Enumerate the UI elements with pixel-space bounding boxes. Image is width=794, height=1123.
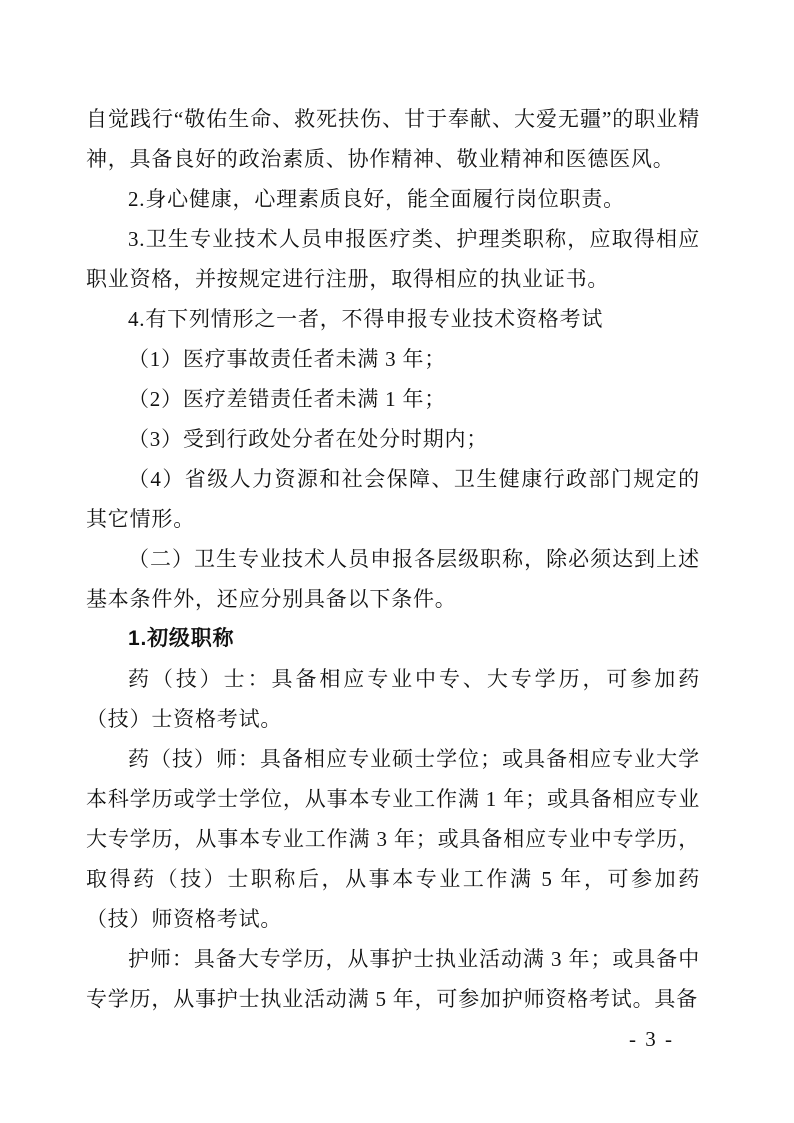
paragraph: 1.初级职称 — [86, 619, 700, 659]
paragraph: 3.卫生专业技术人员申报医疗类、护理类职称，应取得相应职业资格，并按规定进行注册… — [86, 219, 700, 299]
paragraph: 自觉践行“敬佑生命、救死扶伤、甘于奉献、大爱无疆”的职业精神，具备良好的政治素质… — [86, 99, 700, 179]
paragraph: 2.身心健康，心理素质良好，能全面履行岗位职责。 — [86, 179, 700, 219]
paragraph: （4）省级人力资源和社会保障、卫生健康行政部门规定的其它情形。 — [86, 459, 700, 539]
paragraph: （二）卫生专业技术人员申报各层级职称，除必须达到上述基本条件外，还应分别具备以下… — [86, 539, 700, 619]
paragraph: 4.有下列情形之一者，不得申报专业技术资格考试 — [86, 299, 700, 339]
paragraph: （2）医疗差错责任者未满 1 年； — [86, 379, 700, 419]
paragraph: 药（技）师：具备相应专业硕士学位；或具备相应专业大学本科学历或学士学位，从事本专… — [86, 739, 700, 939]
page-number: - 3 - — [86, 1019, 700, 1059]
paragraph: 护师：具备大专学历，从事护士执业活动满 3 年；或具备中专学历，从事护士执业活动… — [86, 939, 700, 1019]
document-body: 自觉践行“敬佑生命、救死扶伤、甘于奉献、大爱无疆”的职业精神，具备良好的政治素质… — [86, 99, 700, 1059]
paragraph: 药（技）士：具备相应专业中专、大专学历，可参加药（技）士资格考试。 — [86, 659, 700, 739]
paragraph: （3）受到行政处分者在处分时期内； — [86, 419, 700, 459]
paragraph: （1）医疗事故责任者未满 3 年； — [86, 339, 700, 379]
document-page: 自觉践行“敬佑生命、救死扶伤、甘于奉献、大爱无疆”的职业精神，具备良好的政治素质… — [0, 0, 794, 1123]
